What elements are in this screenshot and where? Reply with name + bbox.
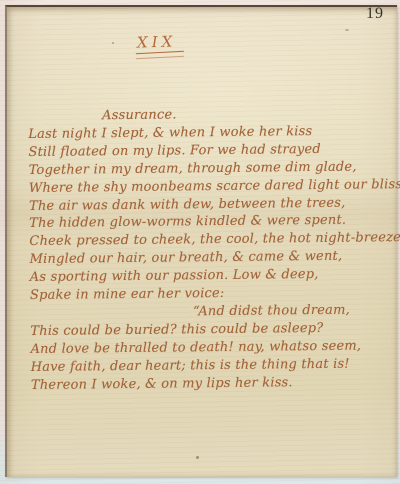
poem-line: “And didst thou dream, [30, 301, 392, 323]
poem-lines: Last night I slept, & when I woke her ki… [28, 122, 393, 394]
poem-line: Thereon I woke, & on my lips her kiss. [31, 373, 393, 395]
poem: Assurance. Last night I slept, & when I … [28, 104, 393, 394]
manuscript-photograph: 19 XIX Assurance. Last night I slept, & … [0, 0, 400, 484]
album-page-number: 19 [366, 5, 384, 23]
poem-line: Have faith, dear heart; this is the thin… [31, 355, 393, 377]
section-numeral: XIX [137, 32, 177, 51]
